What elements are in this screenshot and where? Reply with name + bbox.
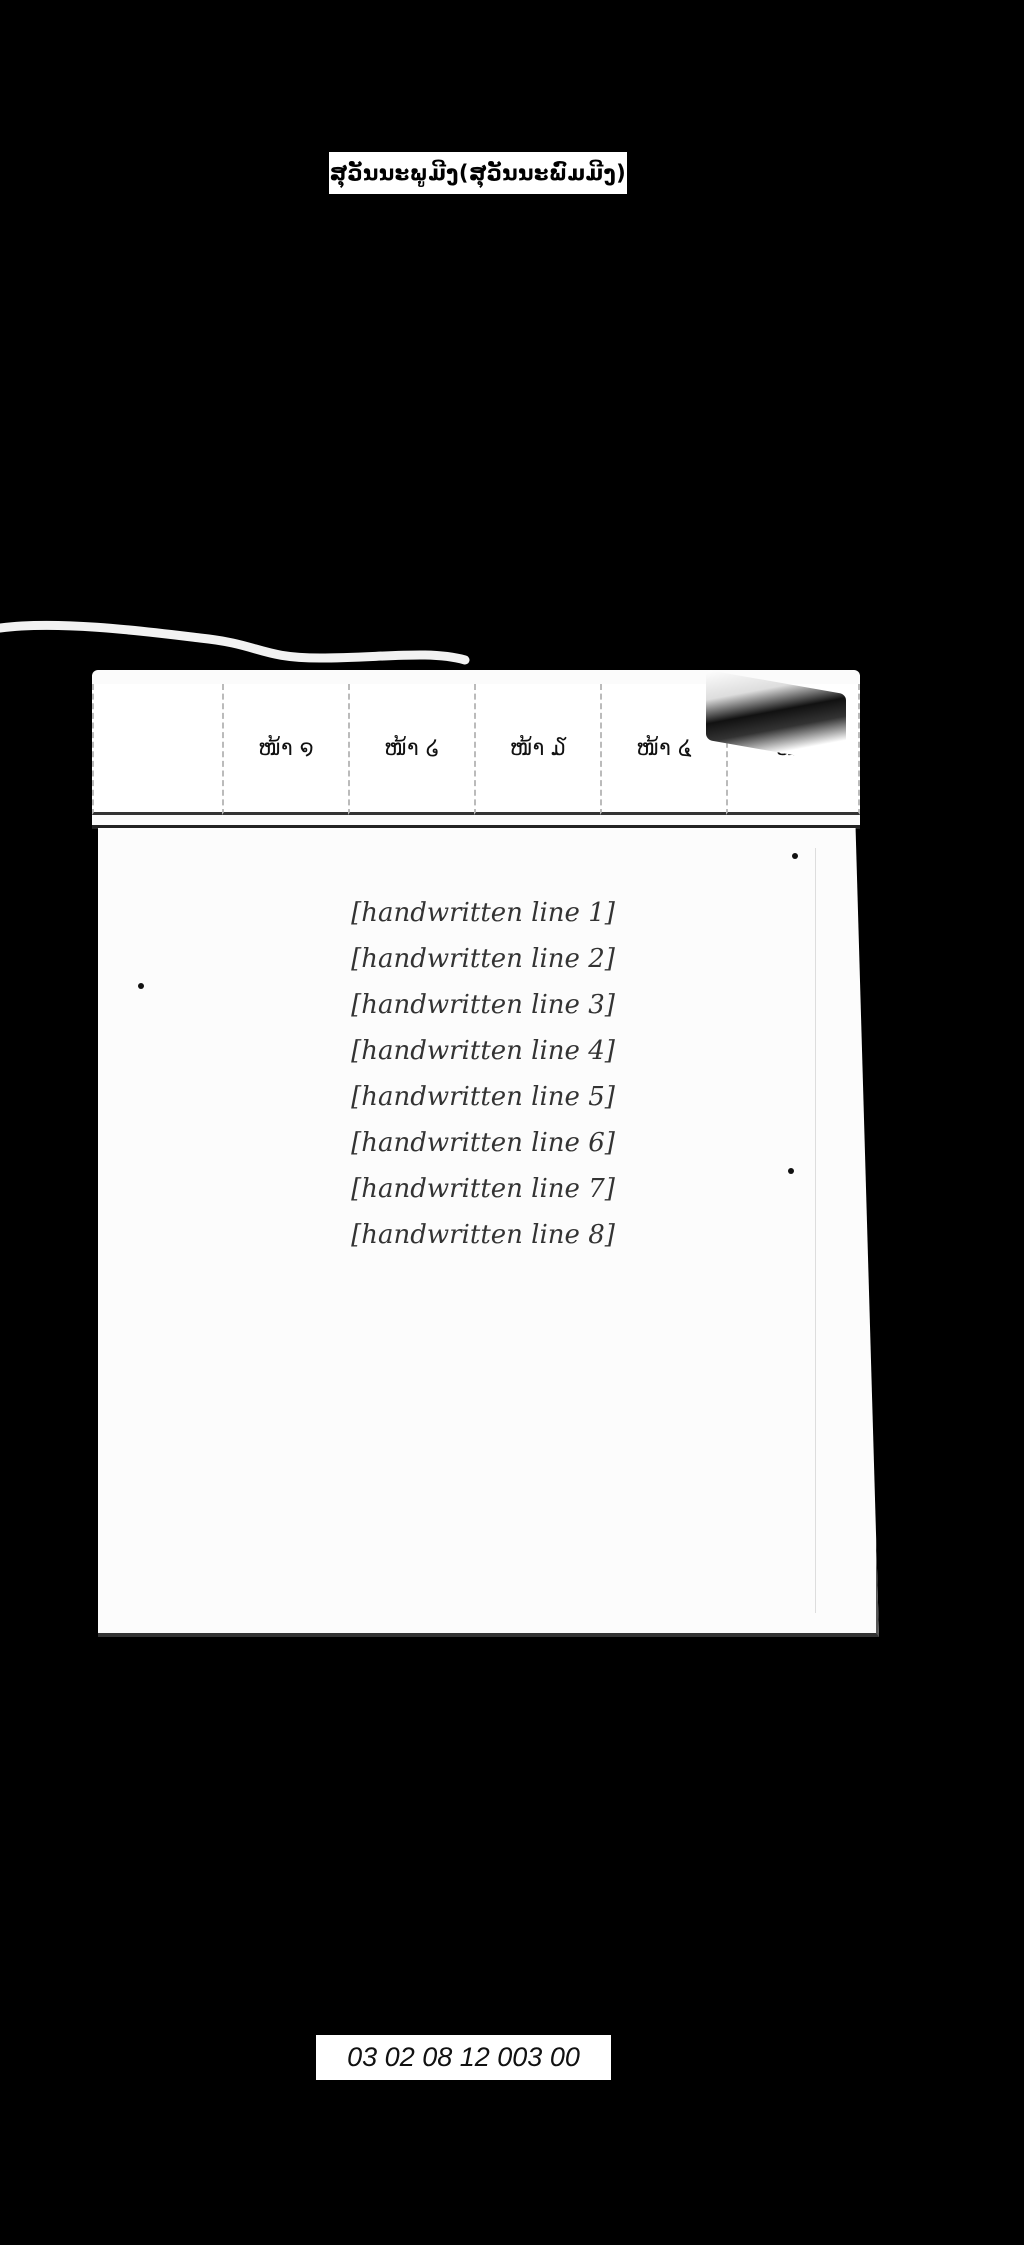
spine-segment-1: ໜ້າ ໑ [222, 684, 350, 815]
text-line: [handwritten line 2] [351, 944, 615, 974]
ink-dot [792, 853, 798, 859]
spine-segment-blank [92, 684, 224, 815]
spine-label: ໜ້າ ໔ [636, 736, 691, 761]
text-line: [handwritten line 8] [351, 1220, 615, 1250]
text-line: [handwritten line 7] [351, 1174, 615, 1204]
manuscript-bundle: ໜ້າ ໑ ໜ້າ ໒ ໜ້າ ໓ ໜ້າ ໔ ໜ້າ [handwritten… [92, 660, 880, 1635]
text-line: [handwritten line 3] [351, 990, 615, 1020]
manuscript-page: [handwritten line 1] [handwritten line 2… [98, 828, 879, 1637]
handwritten-text-block: [handwritten line 1] [handwritten line 2… [168, 898, 798, 1250]
spine-label: ໜ້າ ໒ [384, 736, 440, 761]
text-line: [handwritten line 4] [351, 1036, 615, 1066]
spine-label: ໜ້າ ໑ [258, 736, 314, 761]
ink-dot [138, 983, 144, 989]
page-margin-line [815, 848, 816, 1613]
text-line: [handwritten line 1] [351, 898, 615, 928]
ink-dot [788, 1168, 794, 1174]
bundle-spine: ໜ້າ ໑ ໜ້າ ໒ ໜ້າ ໓ ໜ້າ ໔ ໜ້າ [92, 670, 860, 829]
text-line: [handwritten line 6] [351, 1128, 615, 1158]
spine-segment-2: ໜ້າ ໒ [348, 684, 476, 815]
manuscript-title: ສຸວັນນະພູມີງ(ສຸວັນນະພົມມີງ) [330, 161, 627, 185]
text-line: [handwritten line 5] [351, 1082, 615, 1112]
spine-segment-3: ໜ້າ ໓ [474, 684, 602, 815]
manuscript-title-label: ສຸວັນນະພູມີງ(ສຸວັນນະພົມມີງ) [329, 152, 627, 194]
catalogue-number-label: 03 02 08 12 003 00 [316, 2035, 611, 2080]
spine-label: ໜ້າ ໓ [510, 736, 566, 761]
catalogue-number: 03 02 08 12 003 00 [347, 2042, 580, 2073]
